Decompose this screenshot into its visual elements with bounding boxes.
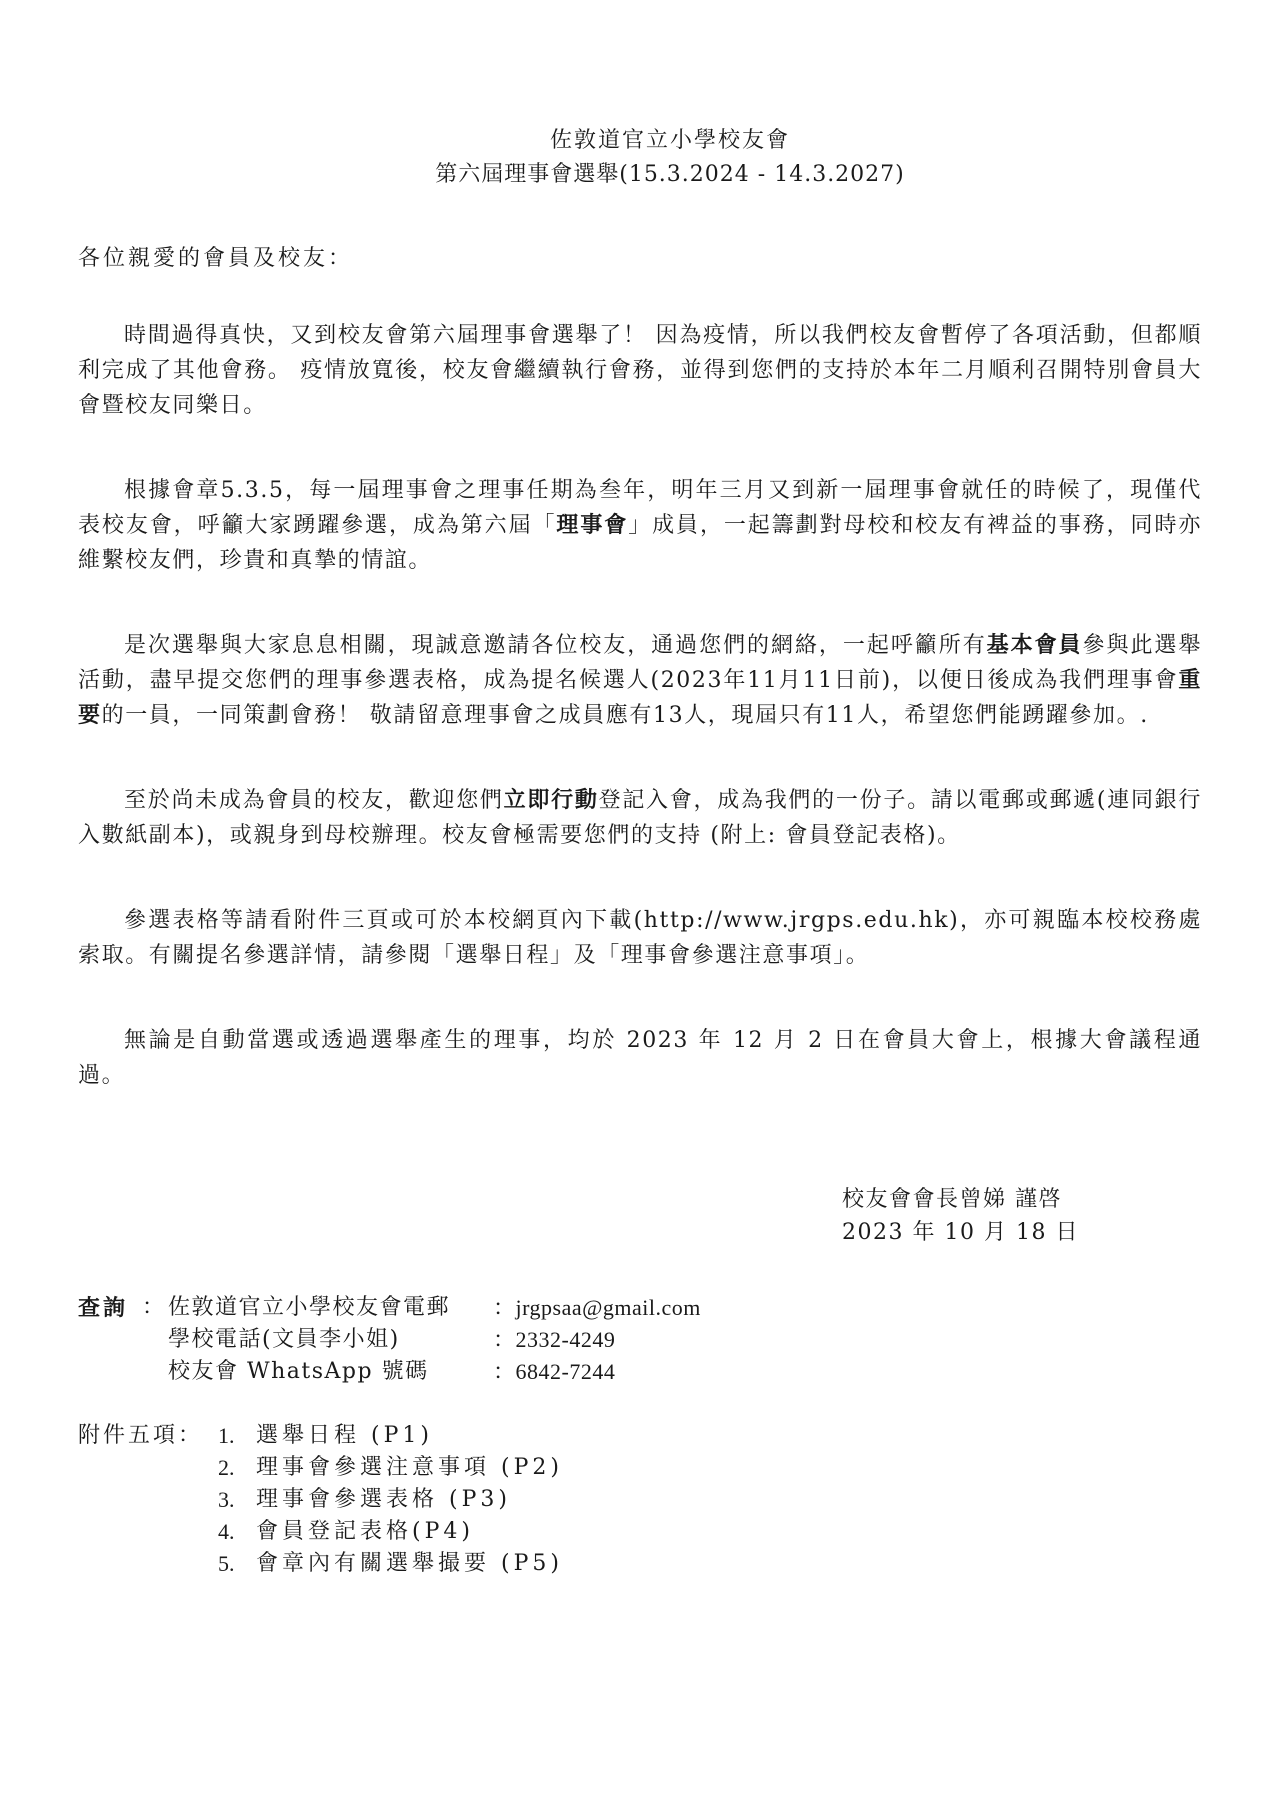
paragraph-nomination-invitation: 是次選舉與大家息息相關，現誠意邀請各位校友，通過您們的網絡，一起呼籲所有基本會員… bbox=[78, 628, 1202, 733]
attachments-label: 附件五項： bbox=[78, 1420, 218, 1452]
document-header: 佐敦道官立小學校友會 第六屆理事會選舉(15.3.2024 - 14.3.202… bbox=[0, 124, 1280, 192]
enquiry-row-whatsapp: 校友會 WhatsApp 號碼 ：6842-7244 bbox=[78, 1356, 701, 1388]
attachment-item: 3. 理事會參選表格 (P3) bbox=[78, 1484, 563, 1516]
enquiry-label: 查詢 bbox=[78, 1292, 138, 1324]
emphasis-text: 立即行動 bbox=[504, 787, 599, 813]
enquiry-key-email: 佐敦道官立小學校友會電郵 bbox=[168, 1292, 493, 1324]
paragraph-membership-registration: 至於尚未成為會員的校友，歡迎您們立即行動登記入會，成為我們的一份子。請以電郵或郵… bbox=[78, 783, 1202, 853]
emphasis-text: 基本會員 bbox=[987, 632, 1083, 658]
paragraph-pandemic-update: 時間過得真快，又到校友會第六屆理事會選舉了！ 因為疫情，所以我們校友會暫停了各項… bbox=[78, 318, 1202, 423]
enquiry-row-email: 查詢 ： 佐敦道官立小學校友會電郵 ：jrgpsaa@gmail.com bbox=[78, 1292, 701, 1324]
association-title: 佐敦道官立小學校友會 bbox=[0, 124, 1280, 158]
signature-block: 校友會會長曾娣 謹啓 2023 年 10 月 18 日 bbox=[842, 1183, 1079, 1249]
letter-date: 2023 年 10 月 18 日 bbox=[842, 1216, 1079, 1249]
enquiry-row-school-phone: 學校電話(文員李小姐) ：2332-4249 bbox=[78, 1324, 701, 1356]
attachment-item: 附件五項： 1. 選舉日程 (P1) bbox=[78, 1420, 563, 1452]
enquiry-value-whatsapp: ：6842-7244 bbox=[493, 1356, 615, 1388]
paragraph-agm-approval: 無論是自動當選或透過選舉產生的理事，均於 2023 年 12 月 2 日在會員大… bbox=[78, 1023, 1202, 1093]
enquiry-value-school-phone: ：2332-4249 bbox=[493, 1324, 615, 1356]
enquiry-block: 查詢 ： 佐敦道官立小學校友會電郵 ：jrgpsaa@gmail.com 學校電… bbox=[78, 1292, 701, 1388]
document-page: 佐敦道官立小學校友會 第六屆理事會選舉(15.3.2024 - 14.3.202… bbox=[0, 0, 1280, 1810]
emphasis-text: 理事會 bbox=[556, 512, 628, 538]
letter-body: 時間過得真快，又到校友會第六屆理事會選舉了！ 因為疫情，所以我們校友會暫停了各項… bbox=[78, 318, 1202, 1143]
attachment-item: 2. 理事會參選注意事項 (P2) bbox=[78, 1452, 563, 1484]
enquiry-value-email: ：jrgpsaa@gmail.com bbox=[493, 1292, 701, 1324]
paragraph-call-for-candidates: 根據會章5.3.5，每一屆理事會之理事任期為叁年，明年三月又到新一屆理事會就任的… bbox=[78, 473, 1202, 578]
attachment-item: 5. 會章內有關選舉撮要 (P5) bbox=[78, 1548, 563, 1580]
salutation: 各位親愛的會員及校友： bbox=[78, 242, 353, 276]
paragraph-forms-download: 參選表格等請看附件三頁或可於本校網頁內下載(http://www.jrgps.e… bbox=[78, 903, 1202, 973]
enquiry-key-whatsapp: 校友會 WhatsApp 號碼 bbox=[168, 1356, 493, 1388]
attachment-item: 4. 會員登記表格(P4) bbox=[78, 1516, 563, 1548]
enquiry-colon: ： bbox=[138, 1292, 168, 1324]
signer-name: 校友會會長曾娣 謹啓 bbox=[842, 1183, 1079, 1216]
enquiry-key-school-phone: 學校電話(文員李小姐) bbox=[168, 1324, 493, 1356]
attachments-list: 附件五項： 1. 選舉日程 (P1) 2. 理事會參選注意事項 (P2) 3. … bbox=[78, 1420, 563, 1580]
election-subtitle: 第六屆理事會選舉(15.3.2024 - 14.3.2027) bbox=[0, 158, 1280, 192]
